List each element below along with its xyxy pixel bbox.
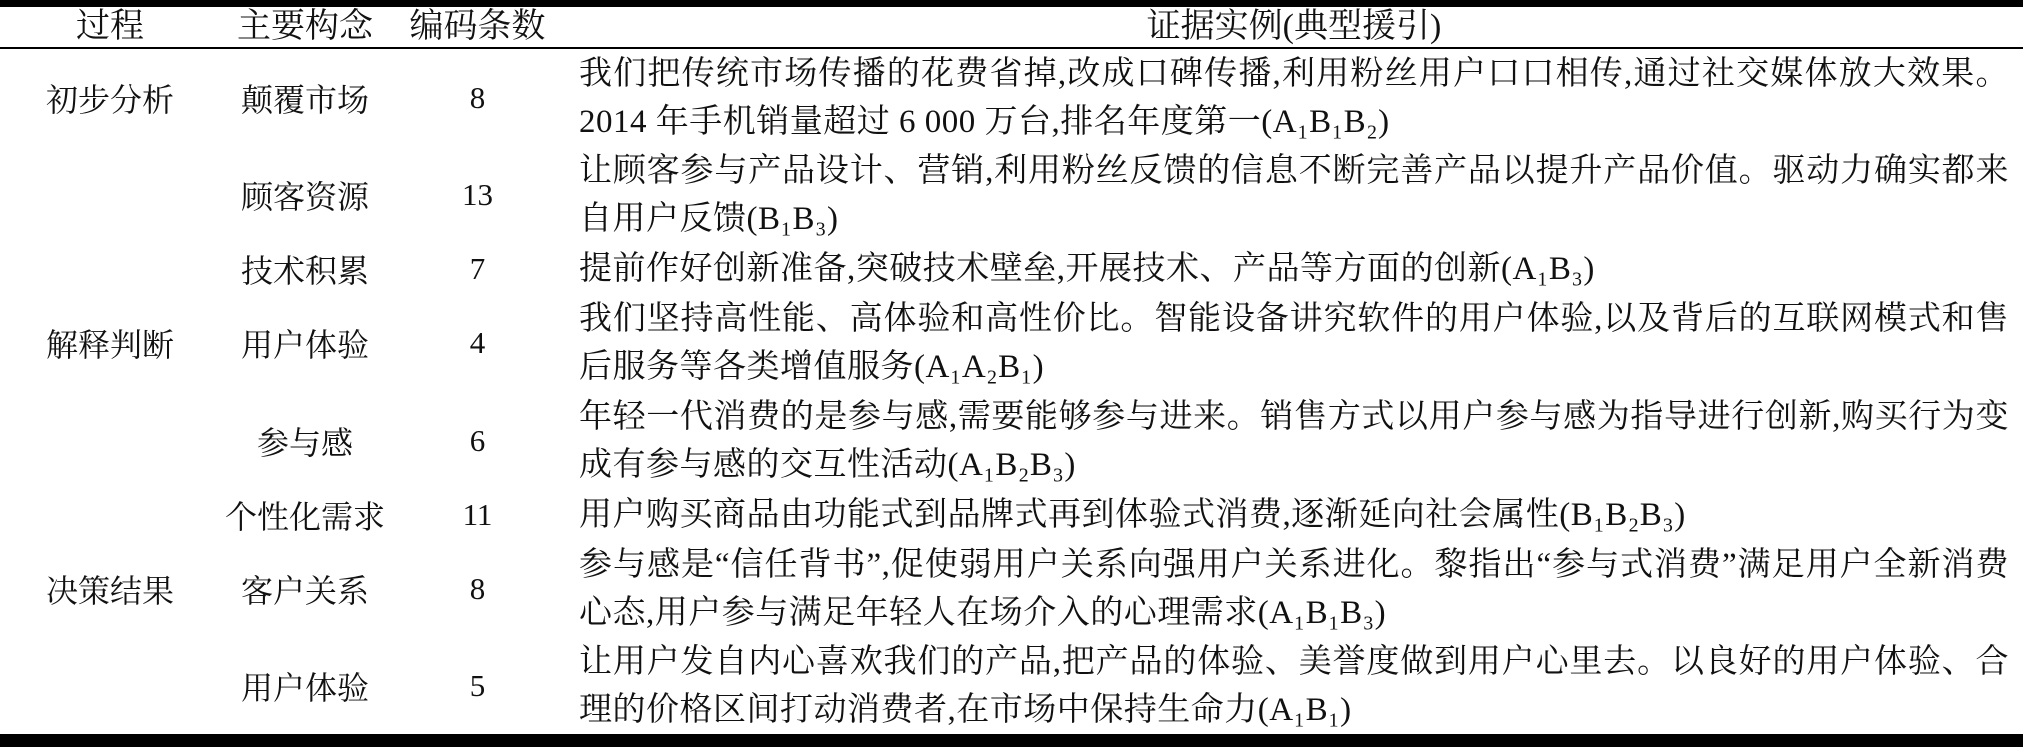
table-row: 顾客资源 13 让顾客参与产品设计、营销,利用粉丝反馈的信息不断完善产品以提升产…: [0, 146, 2023, 244]
header-count: 编码条数: [390, 4, 565, 49]
header-evidence: 证据实例(典型援引): [565, 4, 2023, 49]
header-construct: 主要构念: [220, 4, 390, 49]
count-cell: 8: [390, 540, 565, 638]
process-cell: [0, 392, 220, 490]
process-cell: [0, 490, 220, 540]
evidence-cell: 提前作好创新准备,突破技术壁垒,开展技术、产品等方面的创新(A₁B₃): [565, 244, 2023, 294]
construct-cell: 参与感: [220, 392, 390, 490]
table-row: 个性化需求 11 用户购买商品由功能式到品牌式再到体验式消费,逐渐延向社会属性(…: [0, 490, 2023, 540]
construct-cell: 顾客资源: [220, 146, 390, 244]
coding-evidence-table: 过程 主要构念 编码条数 证据实例(典型援引) 初步分析 颠覆市场 8 我们把传…: [0, 0, 2023, 747]
table-row: 技术积累 7 提前作好创新准备,突破技术壁垒,开展技术、产品等方面的创新(A₁B…: [0, 244, 2023, 294]
construct-cell: 个性化需求: [220, 490, 390, 540]
evidence-cell: 我们坚持高性能、高体验和高性价比。智能设备讲究软件的用户体验,以及背后的互联网模…: [565, 294, 2023, 392]
construct-cell: 用户体验: [220, 638, 390, 741]
table-row: 决策结果 客户关系 8 参与感是“信任背书”,促使弱用户关系向强用户关系进化。黎…: [0, 540, 2023, 638]
process-cell: [0, 638, 220, 741]
table-header-row: 过程 主要构念 编码条数 证据实例(典型援引): [0, 4, 2023, 49]
construct-cell: 用户体验: [220, 294, 390, 392]
construct-cell: 技术积累: [220, 244, 390, 294]
table-row: 用户体验 5 让用户发自内心喜欢我们的产品,把产品的体验、美誉度做到用户心里去。…: [0, 638, 2023, 741]
count-cell: 13: [390, 146, 565, 244]
count-cell: 11: [390, 490, 565, 540]
evidence-cell: 让顾客参与产品设计、营销,利用粉丝反馈的信息不断完善产品以提升产品价值。驱动力确…: [565, 146, 2023, 244]
table-row: 参与感 6 年轻一代消费的是参与感,需要能够参与进来。销售方式以用户参与感为指导…: [0, 392, 2023, 490]
header-process: 过程: [0, 4, 220, 49]
evidence-cell: 用户购买商品由功能式到品牌式再到体验式消费,逐渐延向社会属性(B₁B₂B₃): [565, 490, 2023, 540]
count-cell: 5: [390, 638, 565, 741]
construct-cell: 颠覆市场: [220, 48, 390, 146]
evidence-cell: 参与感是“信任背书”,促使弱用户关系向强用户关系进化。黎指出“参与式消费”满足用…: [565, 540, 2023, 638]
table-row: 初步分析 颠覆市场 8 我们把传统市场传播的花费省掉,改成口碑传播,利用粉丝用户…: [0, 48, 2023, 146]
count-cell: 8: [390, 48, 565, 146]
count-cell: 7: [390, 244, 565, 294]
evidence-cell: 让用户发自内心喜欢我们的产品,把产品的体验、美誉度做到用户心里去。以良好的用户体…: [565, 638, 2023, 741]
construct-cell: 客户关系: [220, 540, 390, 638]
count-cell: 6: [390, 392, 565, 490]
process-cell: 初步分析: [0, 48, 220, 146]
process-cell: 解释判断: [0, 294, 220, 392]
process-cell: [0, 146, 220, 244]
table-row: 解释判断 用户体验 4 我们坚持高性能、高体验和高性价比。智能设备讲究软件的用户…: [0, 294, 2023, 392]
process-cell: 决策结果: [0, 540, 220, 638]
evidence-cell: 年轻一代消费的是参与感,需要能够参与进来。销售方式以用户参与感为指导进行创新,购…: [565, 392, 2023, 490]
evidence-cell: 我们把传统市场传播的花费省掉,改成口碑传播,利用粉丝用户口口相传,通过社交媒体放…: [565, 48, 2023, 146]
paper-table-page: 过程 主要构念 编码条数 证据实例(典型援引) 初步分析 颠覆市场 8 我们把传…: [0, 0, 2023, 750]
process-cell: [0, 244, 220, 294]
count-cell: 4: [390, 294, 565, 392]
